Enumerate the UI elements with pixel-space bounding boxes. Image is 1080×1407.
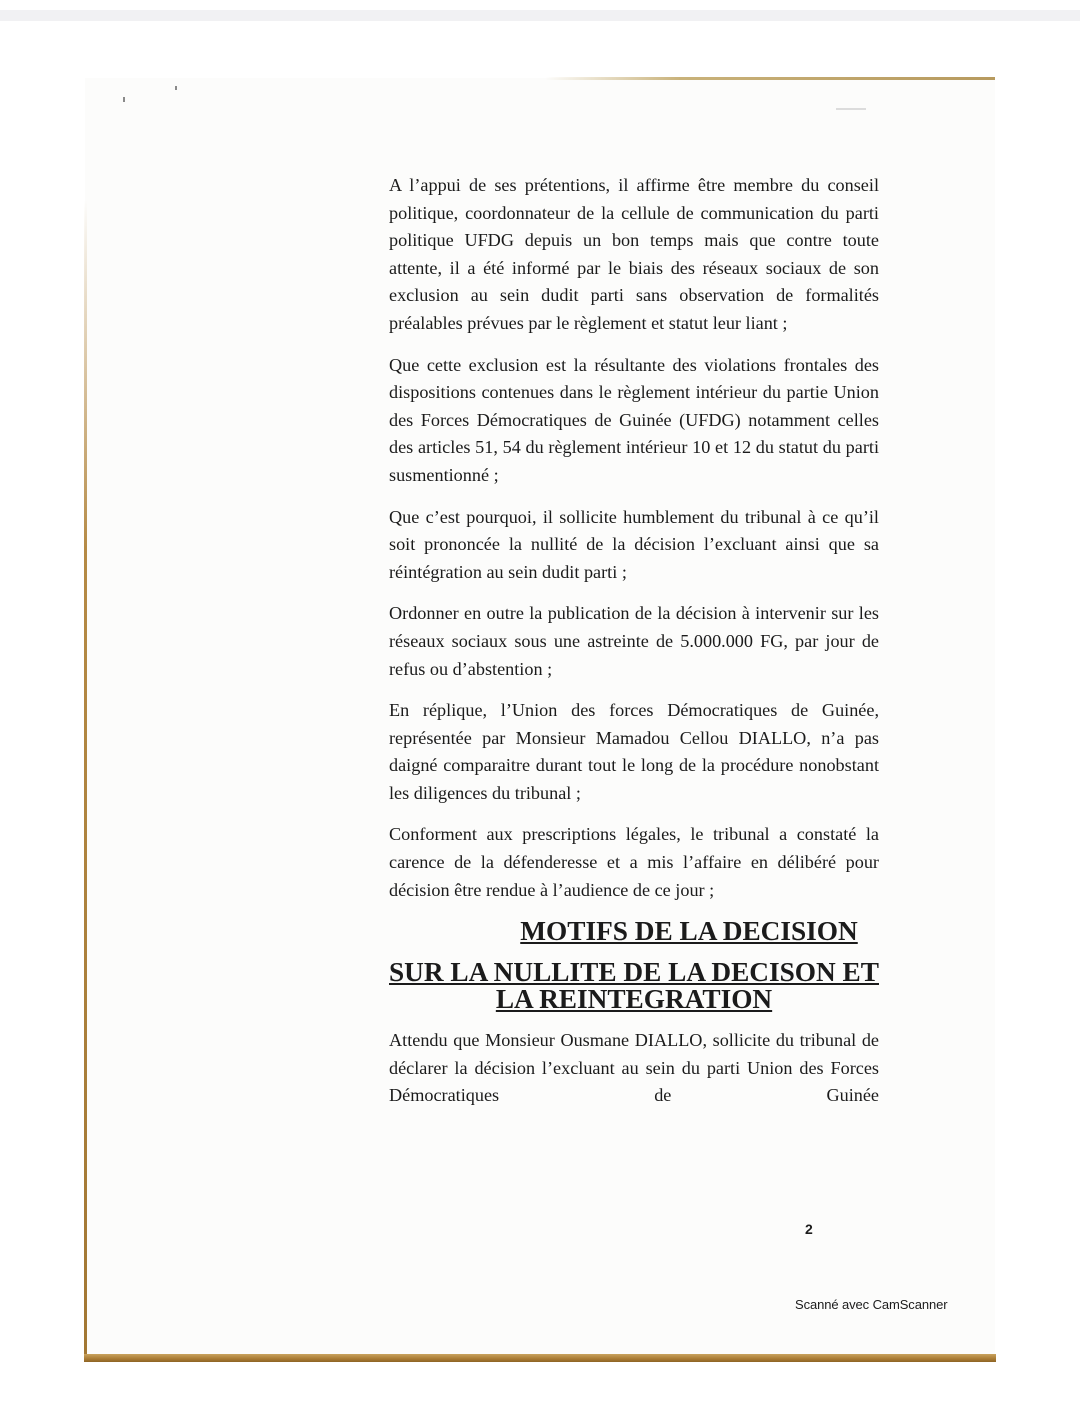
heading-motifs: MOTIFS DE LA DECISION	[389, 918, 879, 945]
page-edge-bottom	[84, 1354, 996, 1362]
paragraph-pretentions: A l’appui de ses prétentions, il affirme…	[389, 172, 879, 338]
heading-nullite-reintegration: SUR LA NULLITE DE LA DECISON ET LA REINT…	[389, 959, 879, 1013]
paragraph-exclusion-violations: Que cette exclusion est la résultante de…	[389, 352, 879, 490]
paragraph-ordonner-publication: Ordonner en outre la publication de la d…	[389, 600, 879, 683]
document-body: A l’appui de ses prétentions, il affirme…	[389, 172, 879, 1124]
page-edge-left	[84, 200, 87, 1360]
paragraph-sollicite-nullite: Que c’est pourquoi, il sollicite humblem…	[389, 504, 879, 587]
page-number: 2	[805, 1221, 813, 1237]
paragraph-attendu: Attendu que Monsieur Ousmane DIALLO, sol…	[389, 1027, 879, 1110]
paragraph-conforment: Conforment aux prescriptions légales, le…	[389, 821, 879, 904]
scan-speck	[123, 97, 125, 102]
page-edge-top	[545, 77, 995, 80]
camscanner-watermark: Scanné avec CamScanner	[795, 1297, 947, 1312]
viewer-top-bar	[0, 10, 1080, 21]
scan-mark	[836, 108, 866, 110]
scan-speck	[175, 86, 177, 90]
paragraph-replique: En réplique, l’Union des forces Démocrat…	[389, 697, 879, 807]
